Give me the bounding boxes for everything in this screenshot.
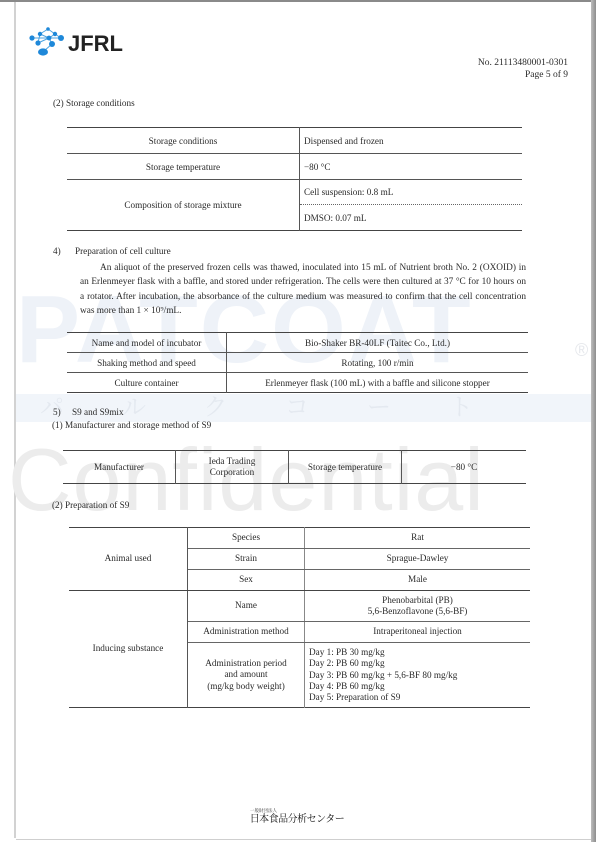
section-number-5: 5) bbox=[53, 407, 61, 417]
table-cell-value: Cell suspension: 0.8 mL bbox=[300, 180, 523, 205]
section-heading-s9: S9 and S9mix bbox=[72, 407, 124, 417]
table-cell-label: Administration method bbox=[188, 622, 305, 643]
paragraph-text: An aliquot of the preserved frozen cells… bbox=[80, 263, 526, 316]
logo-text: JFRL bbox=[68, 31, 123, 57]
table-cell-value: Erlenmeyer flask (100 mL) with a baffle … bbox=[227, 373, 529, 393]
period-label-line-3: (mg/kg body weight) bbox=[192, 681, 300, 693]
table-row: Shaking method and speed Rotating, 100 r… bbox=[67, 353, 528, 373]
table-cell-label: Culture container bbox=[67, 373, 227, 393]
report-number: No. 21113480001-0301 bbox=[478, 57, 568, 69]
table-cell-label: Species bbox=[188, 528, 305, 549]
table-cell-label: Sex bbox=[188, 570, 305, 591]
table-cell-label: Storage temperature bbox=[67, 154, 300, 180]
table-cell-label: Name bbox=[188, 591, 305, 622]
table-cell-value: Rat bbox=[305, 528, 531, 549]
manufacturer-line-1: Ieda Trading bbox=[180, 456, 284, 467]
inducer-name-2: 5,6-Benzoflavone (5,6-BF) bbox=[309, 606, 526, 618]
table-cell-value: Male bbox=[305, 570, 531, 591]
table-cell-group-label: Animal used bbox=[69, 528, 188, 591]
day-entry: Day 3: PB 60 mg/kg + 5,6-BF 80 mg/kg bbox=[309, 670, 526, 681]
period-label-line-1: Administration period bbox=[192, 658, 300, 670]
table-row: Storage temperature −80 °C bbox=[67, 154, 522, 180]
storage-conditions-table: Storage conditions Dispensed and frozen … bbox=[67, 127, 522, 231]
document-number-block: No. 21113480001-0301 Page 5 of 9 bbox=[478, 57, 568, 81]
table-row: Manufacturer Ieda Trading Corporation St… bbox=[63, 451, 526, 484]
day-entry: Day 4: PB 60 mg/kg bbox=[309, 681, 526, 692]
table-cell-value: Day 1: PB 30 mg/kg Day 2: PB 60 mg/kg Da… bbox=[305, 643, 531, 708]
table-cell-value: −80 °C bbox=[402, 451, 527, 484]
day-entry: Day 2: PB 60 mg/kg bbox=[309, 658, 526, 669]
s9-manufacturer-table: Manufacturer Ieda Trading Corporation St… bbox=[63, 450, 526, 484]
table-row: Inducing substance Name Phenobarbital (P… bbox=[69, 591, 530, 622]
section-heading-cell-culture: Preparation of cell culture bbox=[75, 246, 171, 256]
period-label-line-2: and amount bbox=[192, 669, 300, 681]
table-cell-label: Storage conditions bbox=[67, 128, 300, 154]
day-entry: Day 1: PB 30 mg/kg bbox=[309, 647, 526, 658]
incubator-table: Name and model of incubator Bio-Shaker B… bbox=[67, 332, 528, 393]
table-cell-label: Composition of storage mixture bbox=[67, 180, 300, 231]
table-cell-label: Shaking method and speed bbox=[67, 353, 227, 373]
table-cell-value: Intraperitoneal injection bbox=[305, 622, 531, 643]
cell-culture-paragraph: An aliquot of the preserved frozen cells… bbox=[80, 261, 526, 318]
table-row: Animal used Species Rat bbox=[69, 528, 530, 549]
day-entry: Day 5: Preparation of S9 bbox=[309, 692, 526, 703]
table-cell-label: Administration period and amount (mg/kg … bbox=[188, 643, 305, 708]
table-cell-value: Sprague-Dawley bbox=[305, 549, 531, 570]
table-cell-value: Dispensed and frozen bbox=[300, 128, 523, 154]
s9-preparation-table: Animal used Species Rat Strain Sprague-D… bbox=[69, 527, 530, 708]
jfrl-logo: JFRL bbox=[28, 24, 138, 64]
table-cell-value: Rotating, 100 r/min bbox=[227, 353, 529, 373]
table-cell-label: Storage temperature bbox=[289, 451, 402, 484]
table-cell-value: DMSO: 0.07 mL bbox=[300, 205, 523, 231]
table-row: Name and model of incubator Bio-Shaker B… bbox=[67, 333, 528, 353]
table-cell-value: −80 °C bbox=[300, 154, 523, 180]
section-number-4: 4) bbox=[53, 246, 61, 256]
page: JFRL No. 21113480001-0301 Page 5 of 9 (2… bbox=[0, 0, 596, 842]
table-cell-value: Phenobarbital (PB) 5,6-Benzoflavone (5,6… bbox=[305, 591, 531, 622]
inducer-name-1: Phenobarbital (PB) bbox=[309, 595, 526, 607]
table-cell-label: Name and model of incubator bbox=[67, 333, 227, 353]
table-cell-label: Manufacturer bbox=[63, 451, 176, 484]
table-cell-value: Ieda Trading Corporation bbox=[176, 451, 289, 484]
footer-org-name: 日本食品分析センター bbox=[242, 814, 352, 825]
manufacturer-line-2: Corporation bbox=[180, 467, 284, 478]
table-cell-group-label: Inducing substance bbox=[69, 591, 188, 708]
table-cell-label: Strain bbox=[188, 549, 305, 570]
section-heading-storage: (2) Storage conditions bbox=[53, 98, 135, 108]
molecule-network-icon bbox=[28, 24, 68, 64]
table-row: Composition of storage mixture Cell susp… bbox=[67, 180, 522, 205]
table-cell-value: Bio-Shaker BR-40LF (Taitec Co., Ltd.) bbox=[227, 333, 529, 353]
subsection-heading-preparation: (2) Preparation of S9 bbox=[52, 500, 129, 510]
table-row: Storage conditions Dispensed and frozen bbox=[67, 128, 522, 154]
footer-organization: 一般財団法人 日本食品分析センター bbox=[242, 808, 352, 825]
subsection-heading-manufacturer: (1) Manufacturer and storage method of S… bbox=[52, 420, 211, 430]
page-number: Page 5 of 9 bbox=[478, 69, 568, 81]
table-row: Culture container Erlenmeyer flask (100 … bbox=[67, 373, 528, 393]
